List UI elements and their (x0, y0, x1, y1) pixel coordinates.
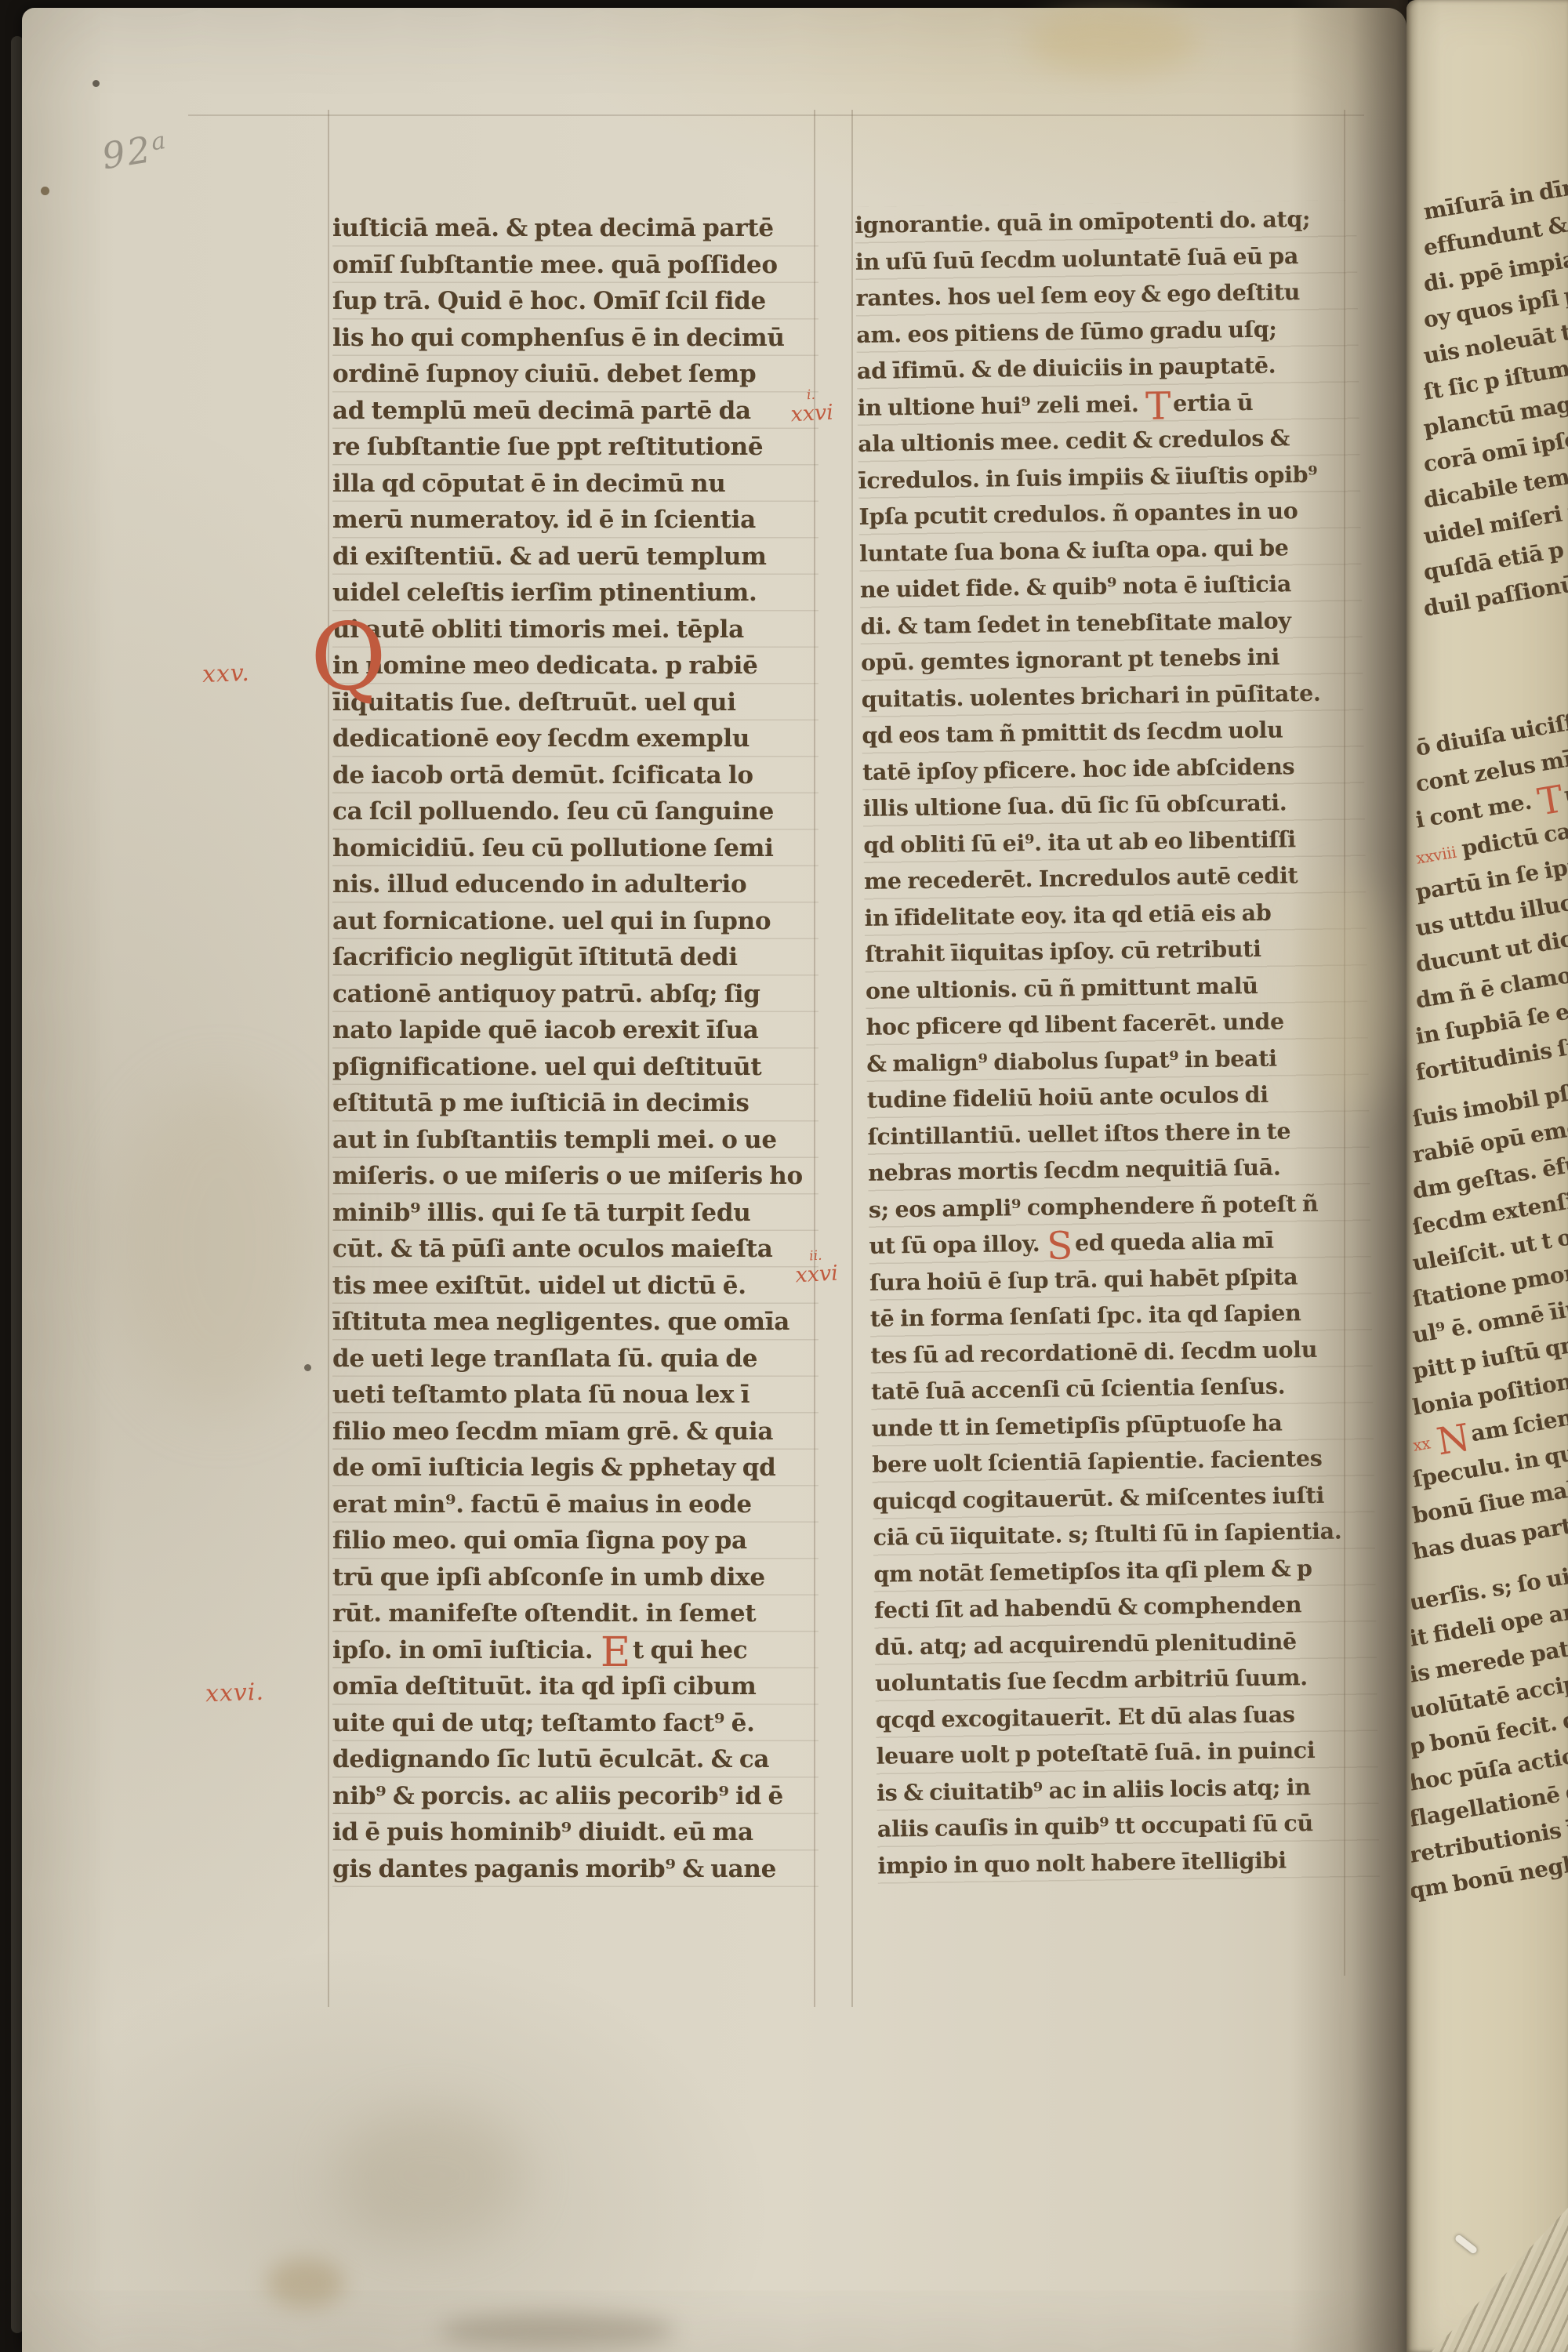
manuscript-line: merū numeratoy. id ē in ſcientia (332, 502, 818, 539)
manuscript-line: gis dantes paganis morib⁹ & uane (332, 1851, 818, 1888)
manuscript-line: erat min⁹. factū ē maius in eode (332, 1486, 818, 1523)
manuscript-line: ala ultionis mee. cedit & credulos & (858, 419, 1360, 462)
parchment-stain (337, 2109, 525, 2242)
manuscript-line: Ipſa pcutit credulos. ñ opantes in uo (858, 492, 1361, 535)
parchment-stain (267, 2258, 345, 2308)
manuscript-line: uite qui de utq; teſtamto fact⁹ ē. (332, 1705, 818, 1742)
manuscript-line: ui autē obliti timoris mei. tēpla (332, 612, 818, 648)
manuscript-line: ſup trā. Quid ē hoc. Omīſ ſcil fide (332, 283, 818, 320)
gutter-numeral: xxvi (790, 401, 834, 427)
manuscript-line: omīſ ſubſtantie mee. quā poſſideo (332, 247, 818, 284)
manuscript-line: de iacob ortā demūt. ſcificata lo (332, 757, 818, 794)
chapter-number-gutter: ii.xxvi (794, 1249, 839, 1287)
manuscript-line: ueti teſtamto plata ſū noua lex ī (332, 1377, 818, 1414)
manuscript-line: rūt. manifeſte oſtendit. in ſemet (332, 1595, 818, 1632)
ruling-line-vertical (328, 110, 329, 2007)
manuscript-line: ne uidet fide. & quib⁹ nota ē iuſticia (859, 564, 1362, 608)
manuscript-line: eſtitutā p me iuſticiā in decimis (332, 1085, 818, 1122)
manuscript-line: uidel celeſtis ierſim ptinentium. (332, 575, 818, 612)
parchment-stain (1027, 11, 1200, 74)
manuscript-line: rantes. hos uel ſem eoy & ego deſtitu (855, 273, 1358, 316)
manuscript-line: ordinē ſupnoy ciuiū. debet ſemp (332, 356, 818, 393)
ruling-line-vertical (851, 110, 853, 2007)
manuscript-line: omīa deſtituūt. ita qd ipſi cibum (332, 1668, 818, 1705)
manuscript-line: aut in ſubſtantiis templi mei. o ue (332, 1122, 818, 1159)
manuscript-line: pſignificatione. uel qui deſtituūt (332, 1049, 818, 1086)
manuscript-line: di exiſtentiū. & ad uerū templum (332, 539, 818, 575)
manuscript-line: trū que ipſi abſconſe in umb dixe (332, 1559, 818, 1596)
facing-page-text: mīſurā in dīm aſpicereeffundunt & abiciu… (1411, 0, 1568, 2352)
speck (93, 80, 100, 87)
ruling-line-horizontal (188, 114, 1364, 116)
manuscript-line: in nomine meo dedicata. p rabiē (332, 648, 818, 684)
manuscript-line: re ſubſtantie ſue ppt reſtitutionē (332, 429, 818, 466)
manuscript-line: quitatis. uolentes brichari in pūſitate. (861, 674, 1363, 717)
manuscript-line: ignorantie. quā in omīpotenti do. atq; (855, 200, 1357, 243)
manuscript-line: aut fornicatione. uel qui in ſupno (332, 903, 818, 940)
folio-number-value: 92 (99, 128, 155, 177)
manuscript-line: cationē antiquoy patrū. abſq; ſig (332, 976, 818, 1013)
manuscript-line: de omī iuſticia legis & pphetay qd (332, 1450, 818, 1486)
manuscript-line: ca ſcil polluendo. ſeu cū ſanguine (332, 793, 818, 830)
manuscript-line: tis mee exiſtūt. uidel ut dictū ē. (332, 1268, 818, 1305)
parchment-stain (1301, 878, 1396, 1113)
manuscript-line: dedicationē eoy ſecdm exemplu (332, 720, 818, 757)
manuscript-line: iuſticiā meā. & ptea decimā partē (332, 210, 818, 247)
gutter-numeral: xxvi (795, 1261, 839, 1288)
manuscript-line: id ē puis hominib⁹ diuidt. eū ma (332, 1814, 818, 1851)
manuscript-line: ſacrificio negligūt īſtitutā dedi (332, 939, 818, 976)
speck (304, 1364, 311, 1371)
manuscript-line: filio meo ſecdm mīam grē. & quia (332, 1414, 818, 1450)
rubric-chapter-number: xx (1411, 1433, 1432, 1454)
manuscript-line: di. & tam ſedet in tenebſitate maloy (860, 601, 1363, 644)
parchment-stain (439, 2313, 674, 2349)
parchment-stain (118, 1082, 321, 1411)
manuscript-line: nib⁹ & porcis. ac aliis pecorib⁹ id ē (332, 1778, 818, 1815)
manuscript-line: cūt. & tā pūſi ante oculos maieſta (332, 1231, 818, 1268)
manuscript-line: īiquitatis ſue. deſtruūt. uel qui (332, 684, 818, 721)
manuscript-line: illa qd cōputat ē in decimū nu (332, 466, 818, 503)
manuscript-line: homicidiū. ſeu cū pollutione ſemi (332, 830, 818, 867)
manuscript-line: nato lapide quē iacob erexit īſua (332, 1012, 818, 1049)
manuscript-line: lis ho qui comphenſus ē in decimū (332, 320, 818, 357)
manuscript-line: de ueti lege tranſlata ſū. quia de (332, 1341, 818, 1377)
manuscript-line: dedignando ſīc lutū ēculcāt. & ca (332, 1741, 818, 1778)
manuscript-line: nis. illud educendo in adulterio (332, 866, 818, 903)
manuscript-line: ad templū meū decimā partē da (332, 393, 818, 430)
gutter-shadow (1290, 0, 1408, 2352)
chapter-number-margin: xxvi. (205, 1679, 264, 1708)
manuscript-photo: 92a iuſticiā meā. & ptea decimā partēomī… (0, 0, 1568, 2352)
manuscript-line: minib⁹ illis. qui ſe tā turpit ſedu (332, 1195, 818, 1232)
manuscript-line: īſtituta mea negligentes. que omīa (332, 1304, 818, 1341)
speck (41, 187, 49, 195)
chapter-number-margin: xxv. (201, 659, 250, 688)
manuscript-line: tatē ipſoy pficere. hoc ide abſcidens (862, 746, 1365, 789)
manuscript-line: filio meo. qui omīa ſigna poy pa (332, 1523, 818, 1559)
rubric-chapter-number: xxviii (1414, 843, 1457, 868)
manuscript-line: miſeris. o ue miſeris o ue miſeris ho (332, 1158, 818, 1195)
manuscript-line: ipſo. in omī iuſticia. Et qui hec (332, 1632, 818, 1669)
left-text-column: iuſticiā meā. & ptea decimā partēomīſ ſu… (332, 210, 818, 1887)
chapter-number-gutter: i.xxvi (789, 388, 834, 426)
rubric-drop-cap: Q (310, 618, 387, 696)
